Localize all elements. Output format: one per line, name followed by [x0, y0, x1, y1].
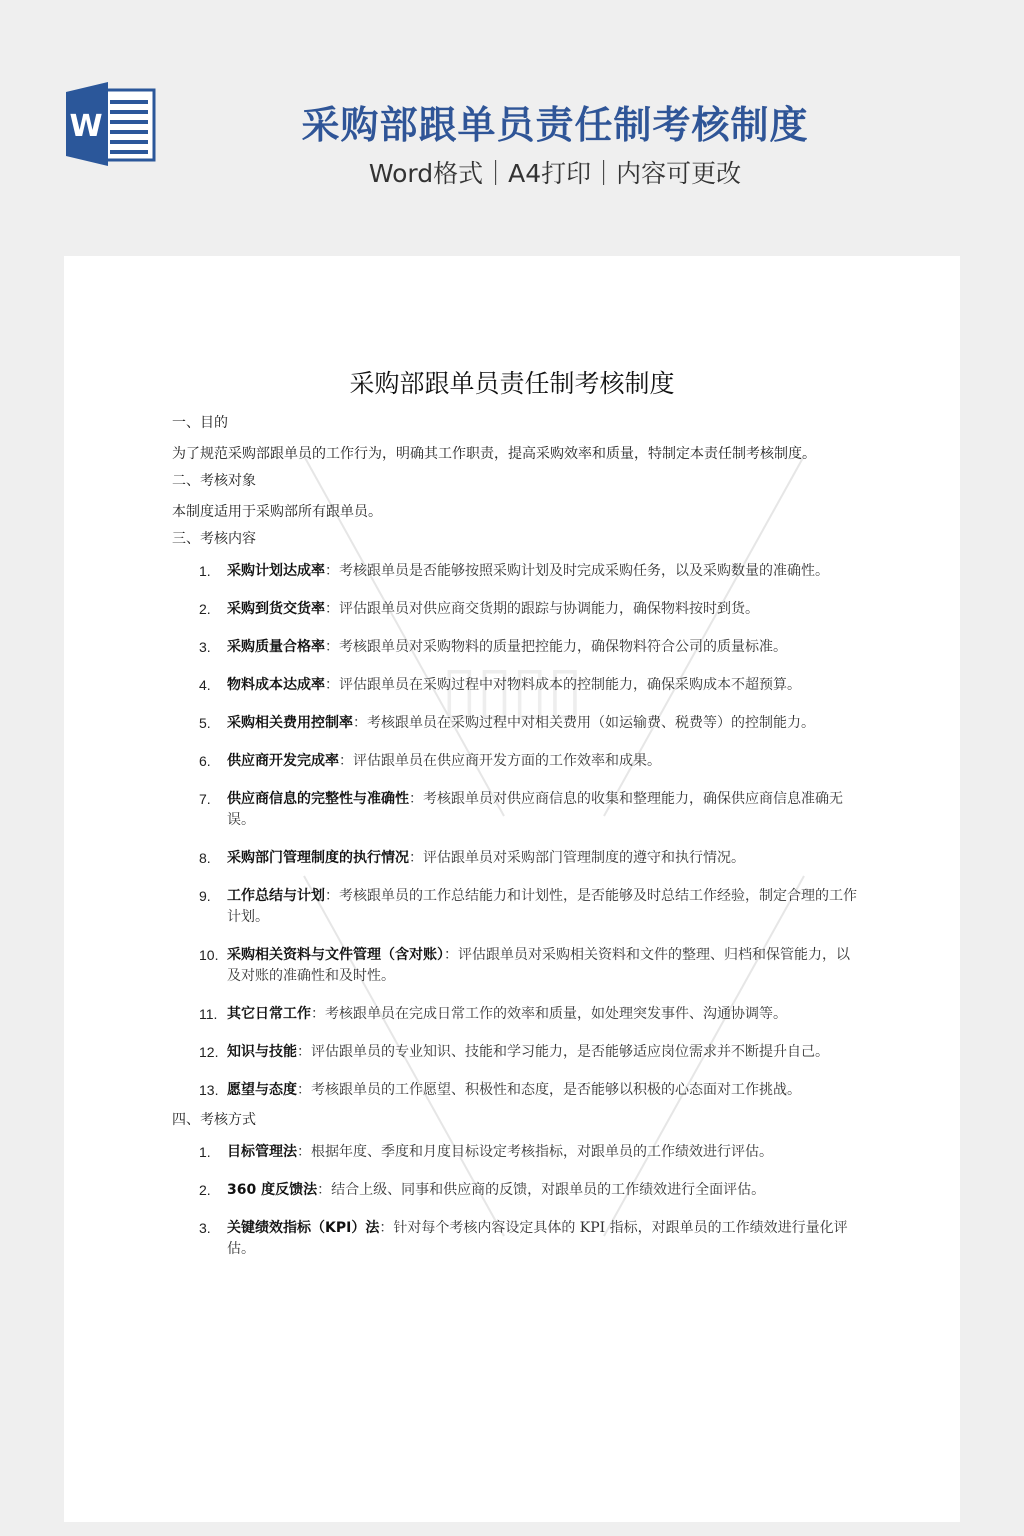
section-heading-method: 四、考核方式 [172, 1111, 862, 1142]
item-number: 3. [199, 1218, 211, 1239]
list-item: 10.采购相关资料与文件管理（含对账）：评估跟单员对采购相关资料和文件的整理、归… [172, 945, 862, 987]
document-body: 一、目的 为了规范采购部跟单员的工作行为，明确其工作职责，提高采购效率和质量，特… [172, 414, 862, 1277]
item-number: 7. [199, 789, 211, 810]
item-number: 10. [199, 945, 218, 966]
list-item: 1.采购计划达成率：考核跟单员是否能够按照采购计划及时完成采购任务，以及采购数量… [172, 561, 862, 582]
item-text: ：考核跟单员在完成日常工作的效率和质量，如处理突发事件、沟通协调等。 [311, 1006, 787, 1022]
item-term: 采购质量合格率 [227, 639, 325, 655]
list-item: 2.360 度反馈法：结合上级、同事和供应商的反馈，对跟单员的工作绩效进行全面评… [172, 1180, 862, 1201]
item-number: 2. [199, 599, 211, 620]
item-number: 8. [199, 848, 211, 869]
item-text: ：根据年度、季度和月度目标设定考核指标，对跟单员的工作绩效进行评估。 [297, 1144, 773, 1160]
item-text: ：考核跟单员在采购过程中对相关费用（如运输费、税费等）的控制能力。 [353, 715, 815, 731]
item-number: 11. [199, 1004, 217, 1025]
document-page: ▯▯▯▯ 采购部跟单员责任制考核制度 一、目的 为了规范采购部跟单员的工作行为，… [64, 256, 960, 1522]
list-item: 12.知识与技能：评估跟单员的专业知识、技能和学习能力，是否能够适应岗位需求并不… [172, 1042, 862, 1063]
item-term: 知识与技能 [227, 1044, 297, 1060]
word-icon: W [64, 82, 156, 166]
section-heading-content: 三、考核内容 [172, 530, 862, 561]
list-item: 9.工作总结与计划：考核跟单员的工作总结能力和计划性，是否能够及时总结工作经验，… [172, 886, 862, 928]
item-number: 13. [199, 1080, 218, 1101]
item-number: 6. [199, 751, 211, 772]
item-term: 供应商开发完成率 [227, 753, 339, 769]
svg-text:W: W [69, 109, 102, 144]
item-term: 采购相关资料与文件管理（含对账） [227, 947, 444, 963]
item-term: 工作总结与计划 [227, 888, 325, 904]
list-item: 13.愿望与态度：考核跟单员的工作愿望、积极性和态度，是否能够以积极的心态面对工… [172, 1080, 862, 1101]
item-number: 2. [199, 1180, 211, 1201]
list-item: 2.采购到货交货率：评估跟单员对供应商交货期的跟踪与协调能力，确保物料按时到货。 [172, 599, 862, 620]
item-term: 360 度反馈法 [227, 1182, 317, 1198]
list-item: 5.采购相关费用控制率：考核跟单员在采购过程中对相关费用（如运输费、税费等）的控… [172, 713, 862, 734]
item-text: ：结合上级、同事和供应商的反馈，对跟单员的工作绩效进行全面评估。 [317, 1182, 765, 1198]
item-text: ：评估跟单员在采购过程中对物料成本的控制能力，确保采购成本不超预算。 [325, 677, 801, 693]
banner-title: 采购部跟单员责任制考核制度 [230, 94, 880, 149]
list-item: 8.采购部门管理制度的执行情况：评估跟单员对采购部门管理制度的遵守和执行情况。 [172, 848, 862, 869]
assessment-method-list: 1.目标管理法：根据年度、季度和月度目标设定考核指标，对跟单员的工作绩效进行评估… [172, 1142, 862, 1260]
assessment-content-list: 1.采购计划达成率：考核跟单员是否能够按照采购计划及时完成采购任务，以及采购数量… [172, 561, 862, 1101]
item-term: 其它日常工作 [227, 1006, 311, 1022]
list-item: 7.供应商信息的完整性与准确性：考核跟单员对供应商信息的收集和整理能力，确保供应… [172, 789, 862, 831]
list-item: 1.目标管理法：根据年度、季度和月度目标设定考核指标，对跟单员的工作绩效进行评估… [172, 1142, 862, 1163]
item-number: 12. [199, 1042, 218, 1063]
item-number: 5. [199, 713, 211, 734]
section-paragraph: 本制度适用于采购部所有跟单员。 [172, 497, 862, 528]
section-paragraph: 为了规范采购部跟单员的工作行为，明确其工作职责，提高采购效率和质量，特制定本责任… [172, 439, 862, 470]
item-term: 物料成本达成率 [227, 677, 325, 693]
item-term: 采购相关费用控制率 [227, 715, 353, 731]
item-text: ：评估跟单员对采购部门管理制度的遵守和执行情况。 [409, 850, 745, 866]
item-number: 9. [199, 886, 211, 907]
item-text: ：考核跟单员的工作愿望、积极性和态度，是否能够以积极的心态面对工作挑战。 [297, 1082, 801, 1098]
banner-subtitle: Word格式｜A4打印｜内容可更改 [230, 154, 880, 190]
item-number: 1. [199, 1142, 211, 1163]
list-item: 3.采购质量合格率：考核跟单员对采购物料的质量把控能力，确保物料符合公司的质量标… [172, 637, 862, 658]
item-text: ：评估跟单员对供应商交货期的跟踪与协调能力，确保物料按时到货。 [325, 601, 759, 617]
item-number: 3. [199, 637, 211, 658]
item-text: ：评估跟单员的专业知识、技能和学习能力，是否能够适应岗位需求并不断提升自己。 [297, 1044, 829, 1060]
item-text: ：考核跟单员对采购物料的质量把控能力，确保物料符合公司的质量标准。 [325, 639, 787, 655]
list-item: 3.关键绩效指标（KPI）法：针对每个考核内容设定具体的 KPI 指标，对跟单员… [172, 1218, 862, 1260]
item-text: ：考核跟单员是否能够按照采购计划及时完成采购任务，以及采购数量的准确性。 [325, 563, 829, 579]
item-text: ：评估跟单员在供应商开发方面的工作效率和成果。 [339, 753, 661, 769]
document-title: 采购部跟单员责任制考核制度 [64, 364, 960, 400]
item-term: 关键绩效指标（KPI）法 [227, 1220, 379, 1236]
item-term: 采购部门管理制度的执行情况 [227, 850, 409, 866]
item-term: 愿望与态度 [227, 1082, 297, 1098]
item-term: 供应商信息的完整性与准确性 [227, 791, 409, 807]
item-term: 采购到货交货率 [227, 601, 325, 617]
item-term: 目标管理法 [227, 1144, 297, 1160]
banner: W 采购部跟单员责任制考核制度 Word格式｜A4打印｜内容可更改 [0, 0, 1024, 256]
item-number: 1. [199, 561, 211, 582]
item-number: 4. [199, 675, 211, 696]
list-item: 6.供应商开发完成率：评估跟单员在供应商开发方面的工作效率和成果。 [172, 751, 862, 772]
list-item: 11.其它日常工作：考核跟单员在完成日常工作的效率和质量，如处理突发事件、沟通协… [172, 1004, 862, 1025]
item-term: 采购计划达成率 [227, 563, 325, 579]
list-item: 4.物料成本达成率：评估跟单员在采购过程中对物料成本的控制能力，确保采购成本不超… [172, 675, 862, 696]
